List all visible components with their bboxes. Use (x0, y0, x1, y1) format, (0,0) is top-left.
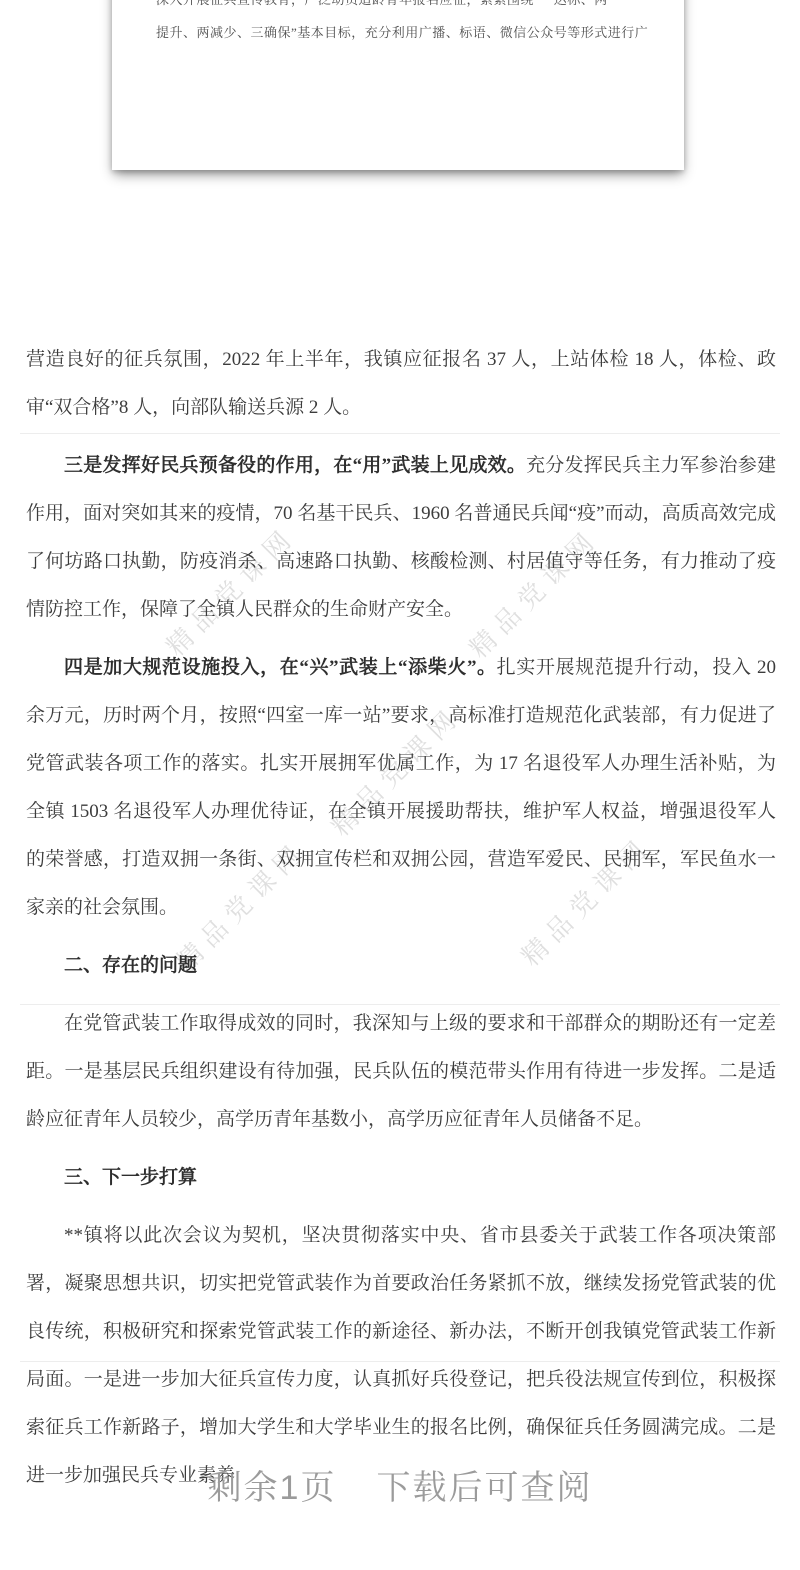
remaining-pages-notice: 剩余1页下载后可查阅 (0, 1460, 800, 1509)
bold-heading-run: 三、下一步打算 (64, 1167, 197, 1188)
text-run: 充分发挥民兵主力军参治参建作用，面对突如其来的疫情，70 名基干民兵、1960 … (26, 455, 776, 620)
previous-page-text-line: 提升、两减少、三确保”基本目标，充分利用广播、标语、微信公众号等形式进行广泛宣传… (156, 25, 648, 41)
paragraph: **镇将以此次会议为契机，坚决贯彻落实中央、省市县委关于武装工作各项决策部署，凝… (26, 1212, 776, 1500)
bold-heading-run: 三是发挥好民兵预备役的作用，在“用”武装上见成效。 (64, 455, 526, 476)
text-run: **镇将以此次会议为契机，坚决贯彻落实中央、省市县委关于武装工作各项决策部署，凝… (26, 1225, 776, 1486)
paragraph: 三是发挥好民兵预备役的作用，在“用”武装上见成效。充分发挥民兵主力军参治参建作用… (26, 442, 776, 634)
previous-page-clipped-line: 深入开展征兵宣传教育，广泛动员适龄青年报名应征，紧紧围绕“一达标、两 (156, 0, 648, 8)
remaining-pages-count: 剩余1页 (208, 1469, 337, 1507)
text-run: 营造良好的征兵氛围，2022 年上半年，我镇应征报名 37 人，上站体检 18 … (26, 349, 776, 418)
text-run: 扎实开展规范提升行动，投入 20 余万元，历时两个月，按照“四室一库一站”要求，… (26, 657, 776, 918)
previous-page-preview-card: 深入开展征兵宣传教育，广泛动员适龄青年报名应征，紧紧围绕“一达标、两 提升、两减… (112, 0, 684, 170)
bold-heading-run: 四是加大规范设施投入，在“兴”武装上“添柴火”。 (64, 657, 497, 678)
bold-heading-run: 二、存在的问题 (64, 955, 197, 976)
paragraph: 三、下一步打算 (26, 1154, 776, 1202)
text-run: 在党管武装工作取得成效的同时，我深知与上级的要求和干部群众的期盼还有一定差距。一… (26, 1013, 776, 1130)
paragraph: 二、存在的问题 (26, 942, 776, 990)
document-page-body: 营造良好的征兵氛围，2022 年上半年，我镇应征报名 37 人，上站体检 18 … (26, 336, 776, 1510)
paragraph: 四是加大规范设施投入，在“兴”武装上“添柴火”。扎实开展规范提升行动，投入 20… (26, 644, 776, 932)
paragraph: 在党管武装工作取得成效的同时，我深知与上级的要求和干部群众的期盼还有一定差距。一… (26, 1000, 776, 1144)
download-hint-label: 下载后可查阅 (376, 1469, 592, 1507)
paragraph: 营造良好的征兵氛围，2022 年上半年，我镇应征报名 37 人，上站体检 18 … (26, 336, 776, 432)
